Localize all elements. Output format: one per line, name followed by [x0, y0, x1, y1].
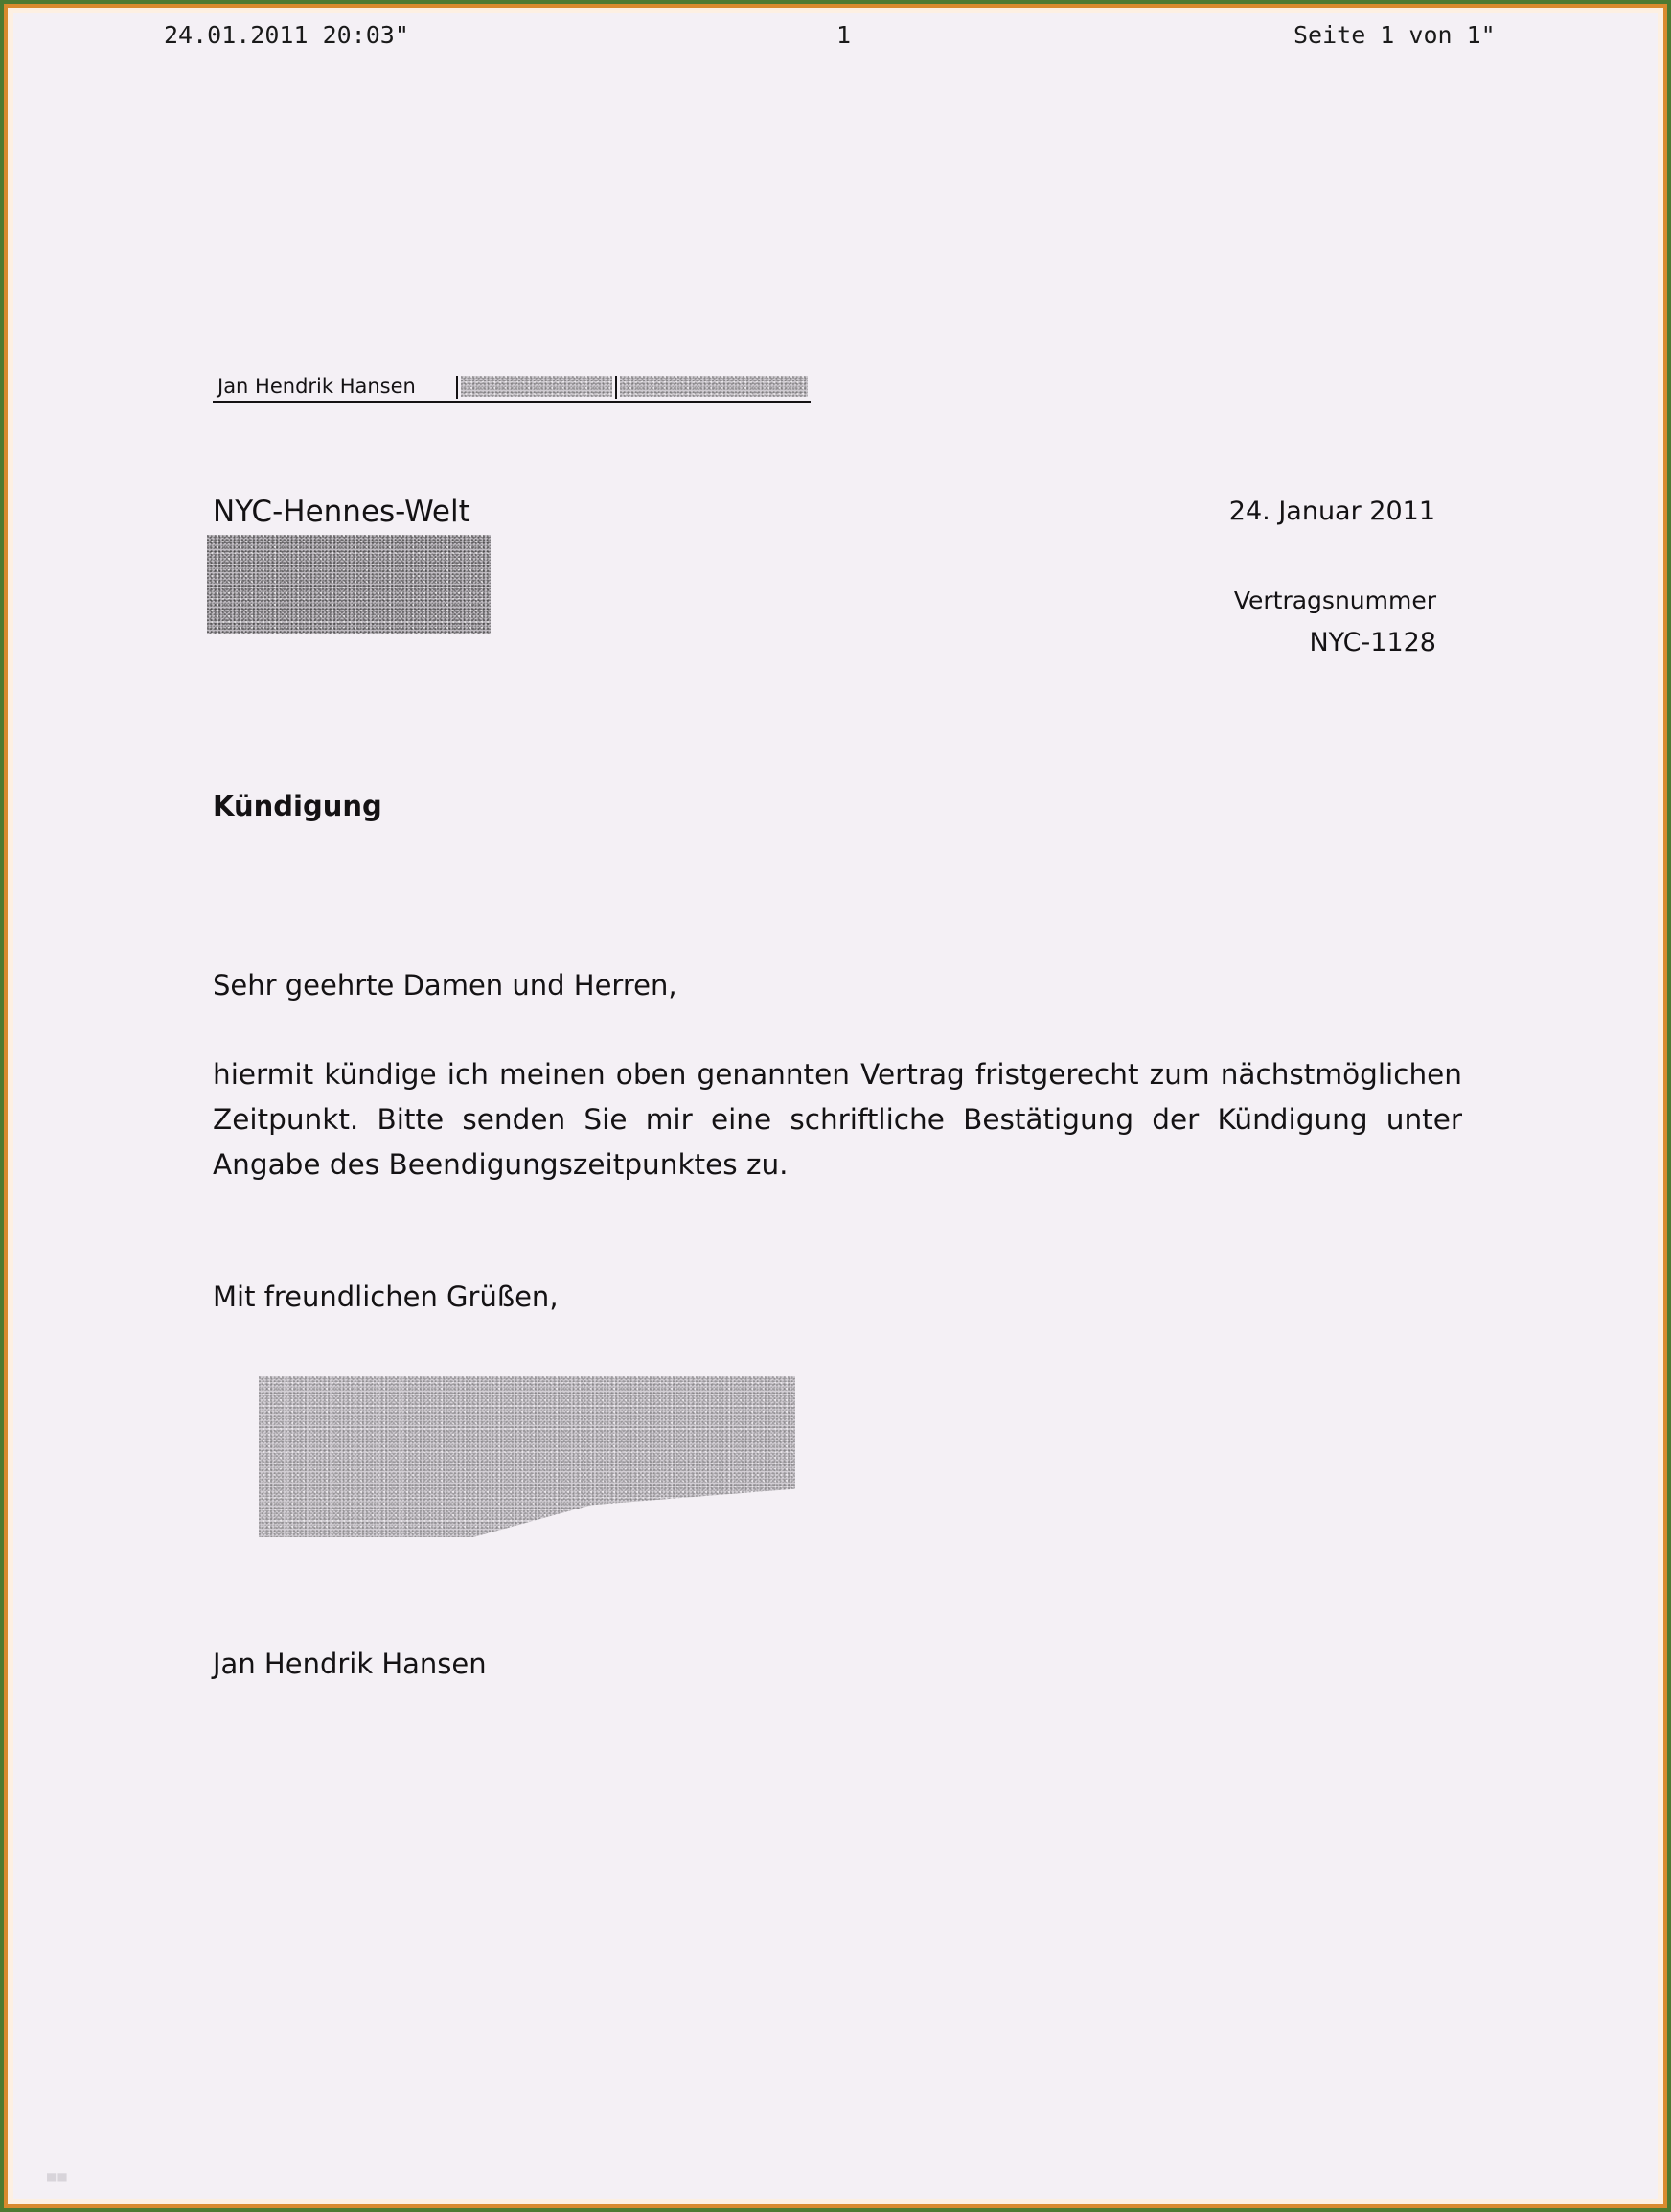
- letter-body: hiermit kündige ich meinen oben genannte…: [213, 1052, 1462, 1187]
- signer-name: Jan Hendrik Hansen: [213, 1647, 487, 1680]
- redacted-recipient-address: [207, 535, 491, 634]
- print-page-number: 1: [836, 21, 851, 49]
- letter-page: 24.01.2011 20:03" 1 Seite 1 von 1" Jan H…: [13, 13, 1658, 2199]
- inner-frame: 24.01.2011 20:03" 1 Seite 1 von 1" Jan H…: [8, 8, 1663, 2204]
- contract-number-label: Vertragsnummer: [1234, 587, 1436, 614]
- separator: [456, 376, 458, 399]
- print-header: 24.01.2011 20:03" 1 Seite 1 von 1": [13, 17, 1658, 56]
- recipient-name: NYC-Hennes-Welt: [213, 495, 470, 529]
- sender-name: Jan Hendrik Hansen: [217, 375, 416, 398]
- redacted-signature: [259, 1376, 795, 1537]
- letter-date: 24. Januar 2011: [1229, 496, 1435, 526]
- letter-subject: Kündigung: [213, 790, 382, 822]
- outer-frame: 24.01.2011 20:03" 1 Seite 1 von 1" Jan H…: [4, 4, 1667, 2208]
- redacted-sender-city: [620, 376, 808, 397]
- print-page-count: Seite 1 von 1": [1293, 21, 1496, 49]
- sender-return-address: Jan Hendrik Hansen: [213, 372, 811, 403]
- print-datetime: 24.01.2011 20:03": [164, 21, 409, 49]
- closing: Mit freundlichen Grüßen,: [213, 1280, 559, 1313]
- salutation: Sehr geehrte Damen und Herren,: [213, 969, 677, 1002]
- faint-mark: ■■: [46, 2170, 68, 2183]
- redacted-sender-street: [461, 376, 612, 397]
- separator: [615, 376, 617, 399]
- contract-number: NYC-1128: [1309, 628, 1436, 657]
